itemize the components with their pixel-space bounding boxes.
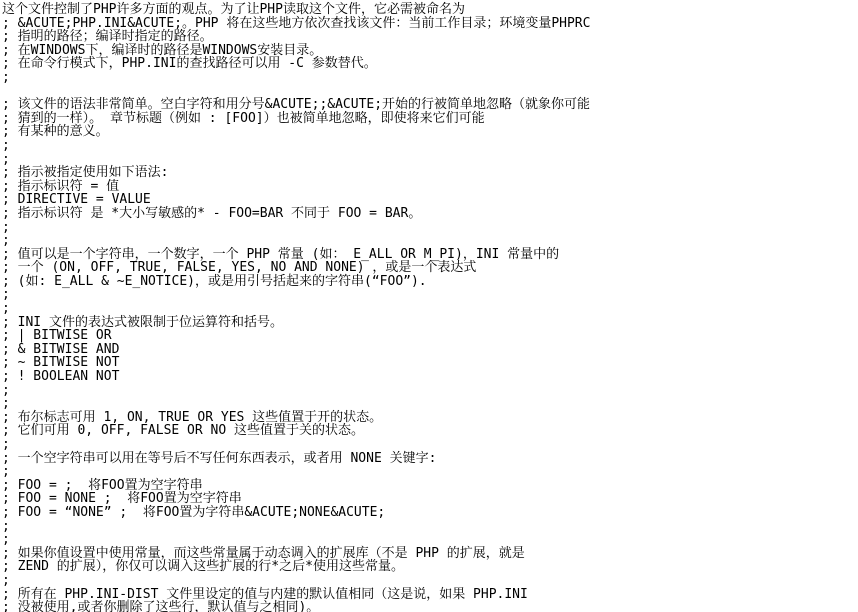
text-line: ; 指明的路径；编译时指定的路径。 xyxy=(2,30,858,44)
text-line: ; xyxy=(2,533,858,547)
text-line: ; ~ BITWISE NOT xyxy=(2,356,858,370)
text-line: ; 猜到的一样）。 章节标题（例如 : [FOO]）也被简单地忽略，即使将来它们… xyxy=(2,112,858,126)
text-line: ; xyxy=(2,288,858,302)
text-line: ; xyxy=(2,384,858,398)
text-line: ; 一个 (ON, OFF, TRUE, FALSE, YES, NO AND … xyxy=(2,261,858,275)
text-line: ; INI 文件的表达式被限制于位运算符和括号。 xyxy=(2,316,858,330)
text-line: 这个文件控制了PHP许多方面的观点。为了让PHP读取这个文件，它必需被命名为 xyxy=(2,3,858,17)
text-line: ; FOO = “NONE” ; 将FOO置为字符串&ACUTE;NONE&AC… xyxy=(2,506,858,520)
text-line: ; & BITWISE AND xyxy=(2,343,858,357)
text-line: ; 一个空字符串可以用在等号后不写任何东西表示，或者用 NONE 关键字: xyxy=(2,452,858,466)
text-line: ; xyxy=(2,139,858,153)
text-line: ; 它们可用 0, OFF, FALSE OR NO 这些值置于关的状态。 xyxy=(2,424,858,438)
text-line: ; xyxy=(2,302,858,316)
text-line: ; ! BOOLEAN NOT xyxy=(2,370,858,384)
text-line: ; xyxy=(2,574,858,588)
text-line: ; 指示标识符 是 *大小写敏感的* - FOO=BAR 不同于 FOO = B… xyxy=(2,207,858,221)
text-line: ; 有某种的意义。 xyxy=(2,125,858,139)
text-line: ; FOO = NONE ; 将FOO置为空字符串 xyxy=(2,492,858,506)
text-line: ; DIRECTIVE = VALUE xyxy=(2,193,858,207)
text-line: ; 指示被指定使用如下语法: xyxy=(2,166,858,180)
text-line: ; (如: E_ALL & ~E_NOTICE)，或是用引号括起来的字符串(“F… xyxy=(2,275,858,289)
text-line: ; 该文件的语法非常简单。空白字符和用分号&ACUTE;;&ACUTE;开始的行… xyxy=(2,98,858,112)
text-line: ; xyxy=(2,520,858,534)
document-page: 这个文件控制了PHP许多方面的观点。为了让PHP读取这个文件，它必需被命名为; … xyxy=(0,0,858,612)
text-line: ; 指示标识符 = 值 xyxy=(2,180,858,194)
text-line: ; 没被使用,或者你删除了这些行，默认值与之相同)。 xyxy=(2,601,858,612)
text-line: ; xyxy=(2,221,858,235)
text-line: ; xyxy=(2,397,858,411)
text-line: ; xyxy=(2,438,858,452)
text-line: ; xyxy=(2,71,858,85)
text-line: ; ZEND 的扩展），你仅可以调入这些扩展的行*之后*使用这些常量。 xyxy=(2,560,858,574)
text-line: ; 在命令行模式下，PHP.INI的查找路径可以用 -C 参数替代。 xyxy=(2,57,858,71)
text-line: ; | BITWISE OR xyxy=(2,329,858,343)
text-line: ; xyxy=(2,465,858,479)
document-text: 这个文件控制了PHP许多方面的观点。为了让PHP读取这个文件，它必需被命名为; … xyxy=(2,3,858,612)
text-line: ; xyxy=(2,234,858,248)
